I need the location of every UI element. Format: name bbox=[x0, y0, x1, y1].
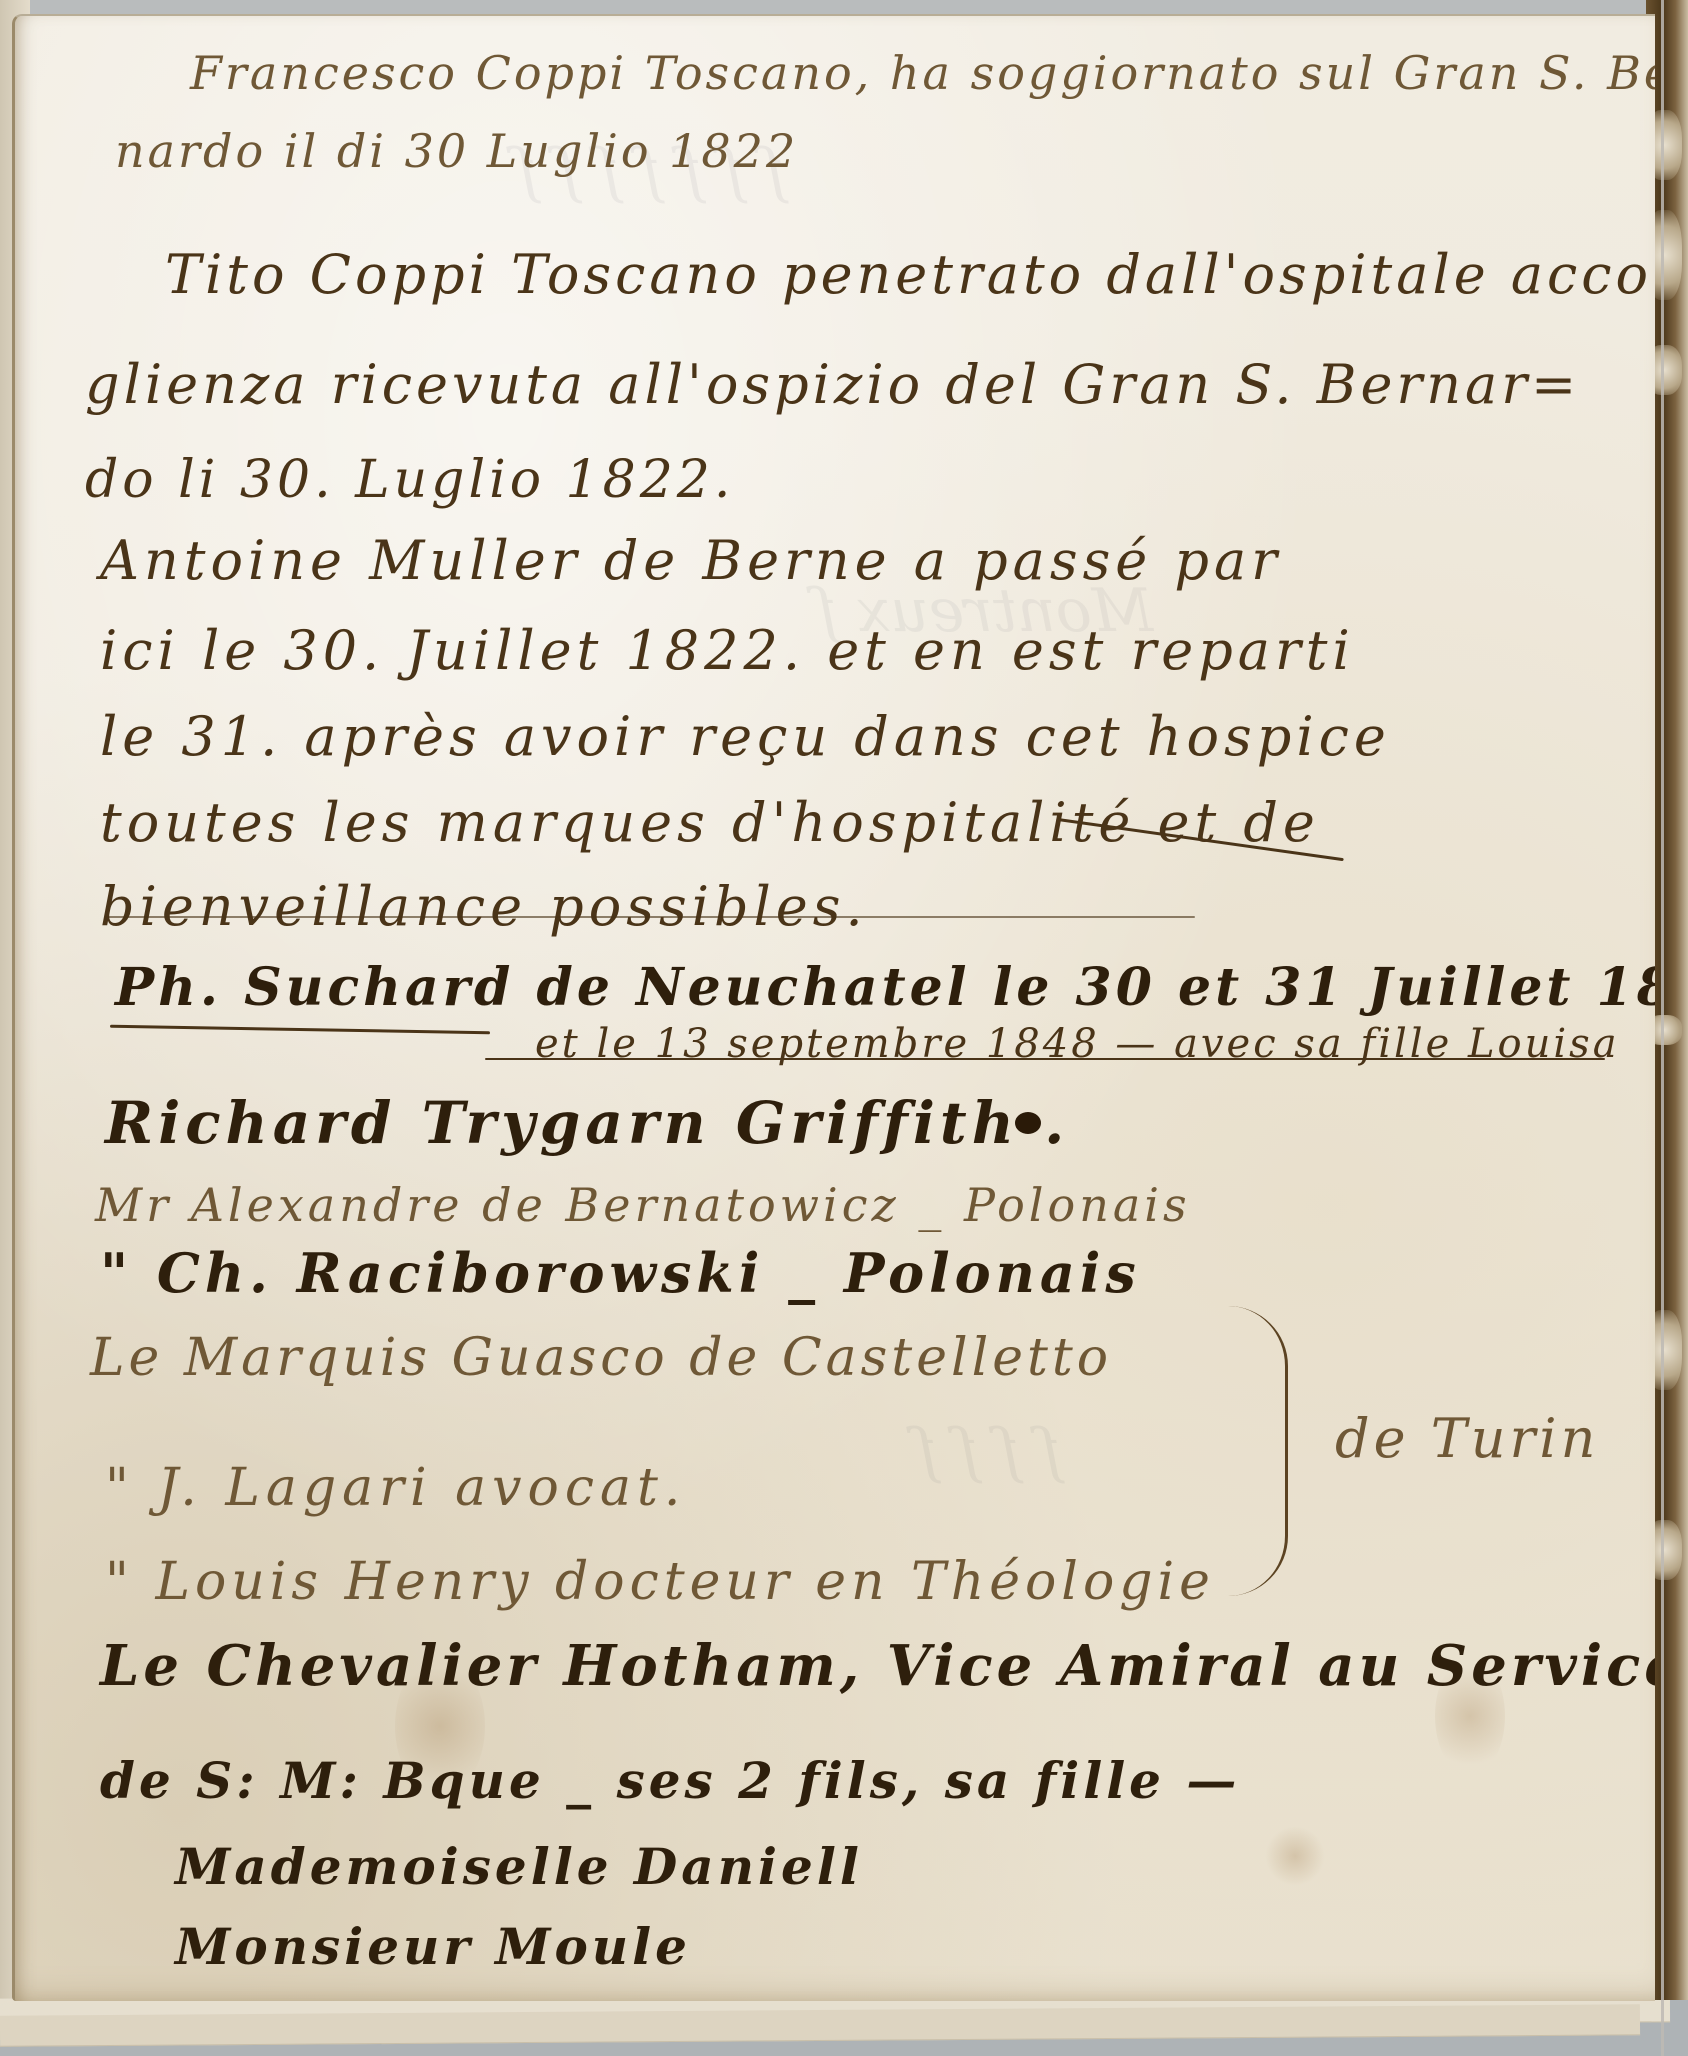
entry-9-line-3: Mademoiselle Daniell bbox=[175, 1842, 863, 1892]
entry-3-line-5: bienveillance possibles. bbox=[100, 880, 868, 934]
entry-4-line-1: Ph. Suchard de Neuchatel le 30 et 31 Jui… bbox=[115, 962, 1655, 1014]
underline bbox=[485, 1058, 1605, 1060]
manuscript-page: ſ ſ ſ ſ ſ ſ ſ Montreux ſ ſ ſ ſ ſ Frances… bbox=[12, 14, 1655, 2001]
entry-7-line-1: " Ch. Raciborowski _ Polonais bbox=[100, 1246, 1141, 1300]
entry-2-line-1: Tito Coppi Toscano penetrato dall'ospita… bbox=[165, 248, 1655, 302]
entry-3-line-2: ici le 30. Juillet 1822. et en est repar… bbox=[100, 624, 1355, 678]
entry-5-line-1: Richard Trygarn Griffith . bbox=[105, 1094, 1069, 1152]
entry-9-line-2: de S: M: Bque _ ses 2 fils, sa fille — bbox=[100, 1756, 1240, 1806]
entry-8-line-1: Le Marquis Guasco de Castelletto bbox=[90, 1332, 1112, 1384]
grouping-bracket bbox=[1225, 1306, 1288, 1596]
bleed-through-text: ſ ſ ſ ſ bbox=[915, 1416, 1061, 1486]
entry-9-line-1: Le Chevalier Hotham, Vice Amiral au Serv… bbox=[100, 1638, 1655, 1694]
entry-8-line-2: " J. Lagari avocat. bbox=[105, 1462, 686, 1514]
entry-9-line-4: Monsieur Moule bbox=[175, 1922, 691, 1972]
entry-1-line-1: Francesco Coppi Toscano, ha soggiornato … bbox=[190, 50, 1655, 96]
entry-8-group-annotation: de Turin bbox=[1335, 1412, 1599, 1466]
flourish-line bbox=[110, 1025, 490, 1035]
entry-2-line-3: do li 30. Luglio 1822. bbox=[85, 454, 734, 506]
entry-6-line-1: Mr Alexandre de Bernatowicz _ Polonais bbox=[95, 1182, 1191, 1228]
entry-3-line-1: Antoine Muller de Berne a passé par bbox=[100, 534, 1282, 588]
entry-1-line-2: nardo il di 30 Luglio 1822 bbox=[115, 128, 798, 174]
entry-3-line-4: toutes les marques d'hospitalité et de bbox=[100, 796, 1320, 850]
manuscript-scan: ſ ſ ſ ſ ſ ſ ſ Montreux ſ ſ ſ ſ ſ Frances… bbox=[0, 0, 1688, 2056]
binding-thread bbox=[1661, 0, 1664, 2056]
underline bbox=[105, 916, 1195, 918]
ink-blot bbox=[1015, 1112, 1041, 1134]
entry-2-line-2: glienza ricevuta all'ospizio del Gran S.… bbox=[85, 358, 1580, 412]
entry-8-line-3: " Louis Henry docteur en Théologie bbox=[105, 1556, 1215, 1608]
ink-stain bbox=[1265, 1826, 1325, 1886]
entry-3-line-3: le 31. après avoir reçu dans cet hospice bbox=[100, 710, 1391, 764]
